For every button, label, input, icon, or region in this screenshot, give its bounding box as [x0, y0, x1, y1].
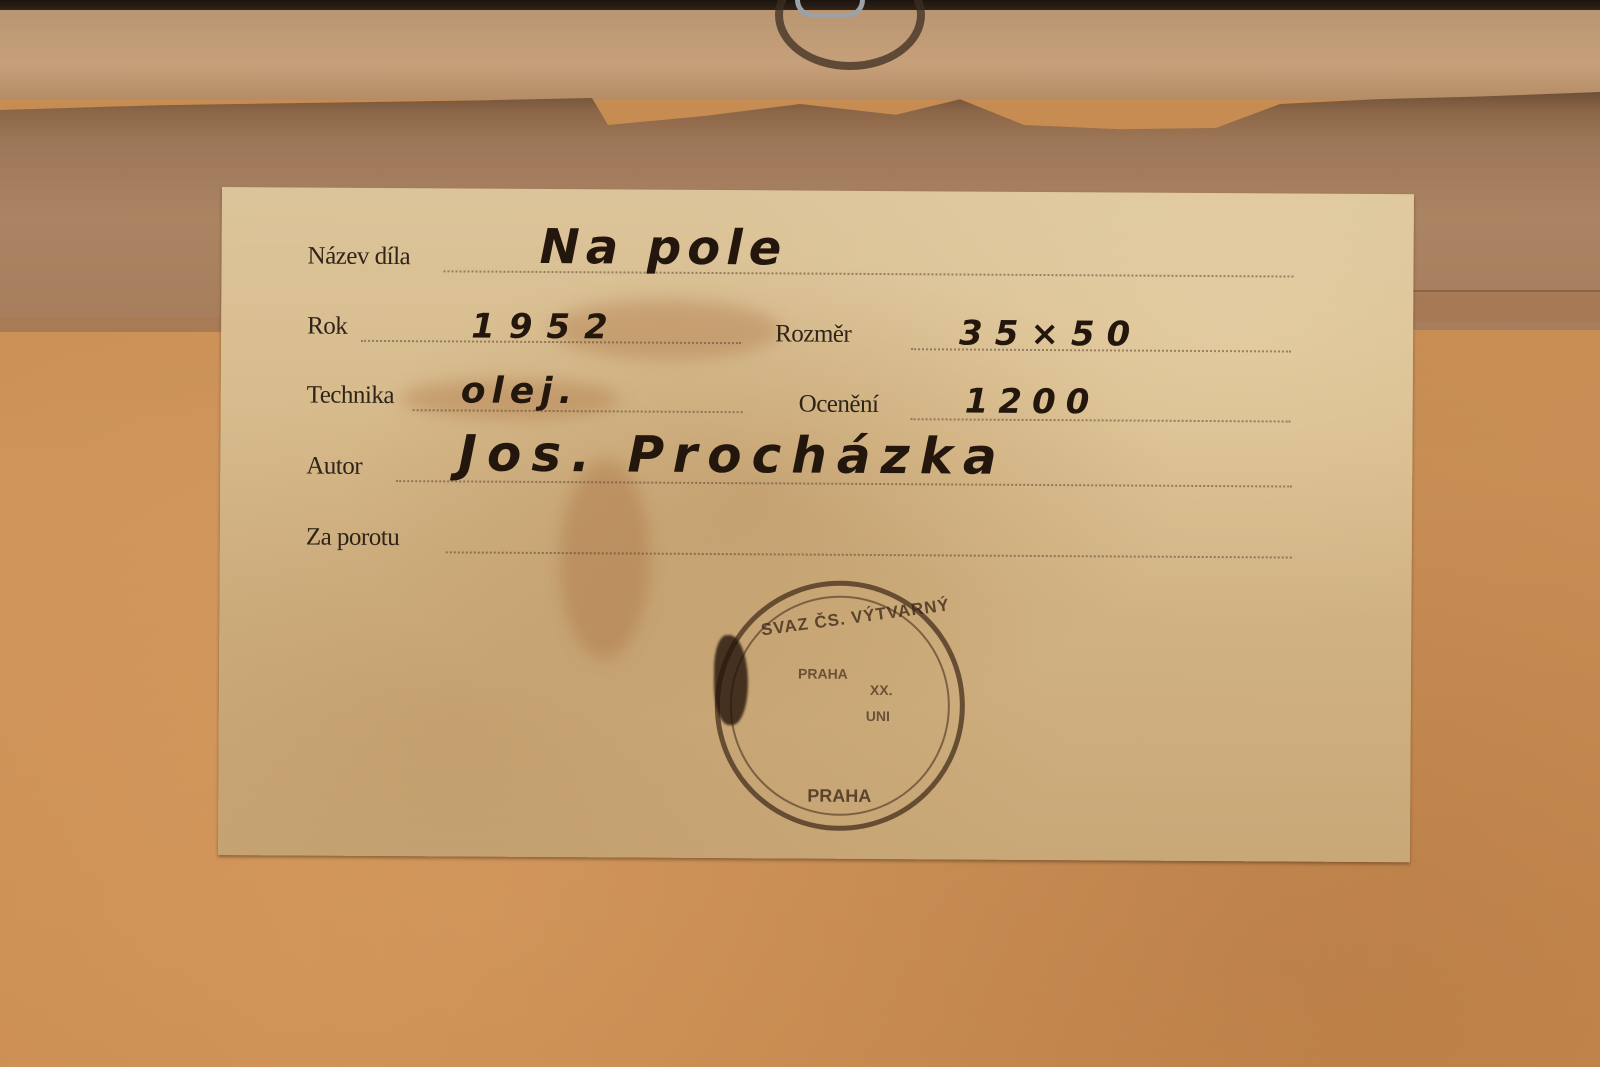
value-rozmer: 35×50 — [959, 314, 1142, 355]
photo-scene: Název díla Na pole Rok 1952 Rozměr 35×50… — [0, 0, 1600, 1067]
stamp-ring-bottom-text: PRAHA — [807, 786, 871, 807]
association-stamp: SVAZ ČS. VÝTVARNÝCH UMĚLCŮ PRAHA PRAHA X… — [714, 580, 966, 832]
label-za-porotu: Za porotu — [306, 524, 400, 553]
label-nazev-dila: Název díla — [307, 243, 410, 272]
stamp-center-line: PRAHA — [798, 666, 848, 682]
stamp-center-line: UNI — [866, 708, 890, 724]
kraft-paper-strip-right — [1410, 290, 1600, 322]
value-nazev-dila: Na pole — [539, 219, 787, 277]
value-rok: 1952 — [471, 307, 622, 348]
stain — [559, 459, 650, 660]
label-rozmer: Rozměr — [775, 320, 851, 348]
stamp-center-line: XX. — [870, 682, 893, 698]
label-rok: Rok — [307, 313, 347, 341]
label-technika: Technika — [307, 382, 394, 411]
exhibition-label: Název díla Na pole Rok 1952 Rozměr 35×50… — [218, 187, 1414, 862]
kraft-paper-strip-left — [0, 318, 222, 332]
value-oceneni: 1200 — [965, 382, 1100, 423]
value-autor: Jos. Procházka — [458, 424, 1007, 485]
label-autor: Autor — [306, 453, 362, 481]
hanging-ring-icon — [795, 0, 865, 18]
ink-blot — [714, 635, 749, 725]
value-technika: olej. — [461, 370, 579, 412]
label-oceneni: Ocenění — [799, 391, 879, 419]
